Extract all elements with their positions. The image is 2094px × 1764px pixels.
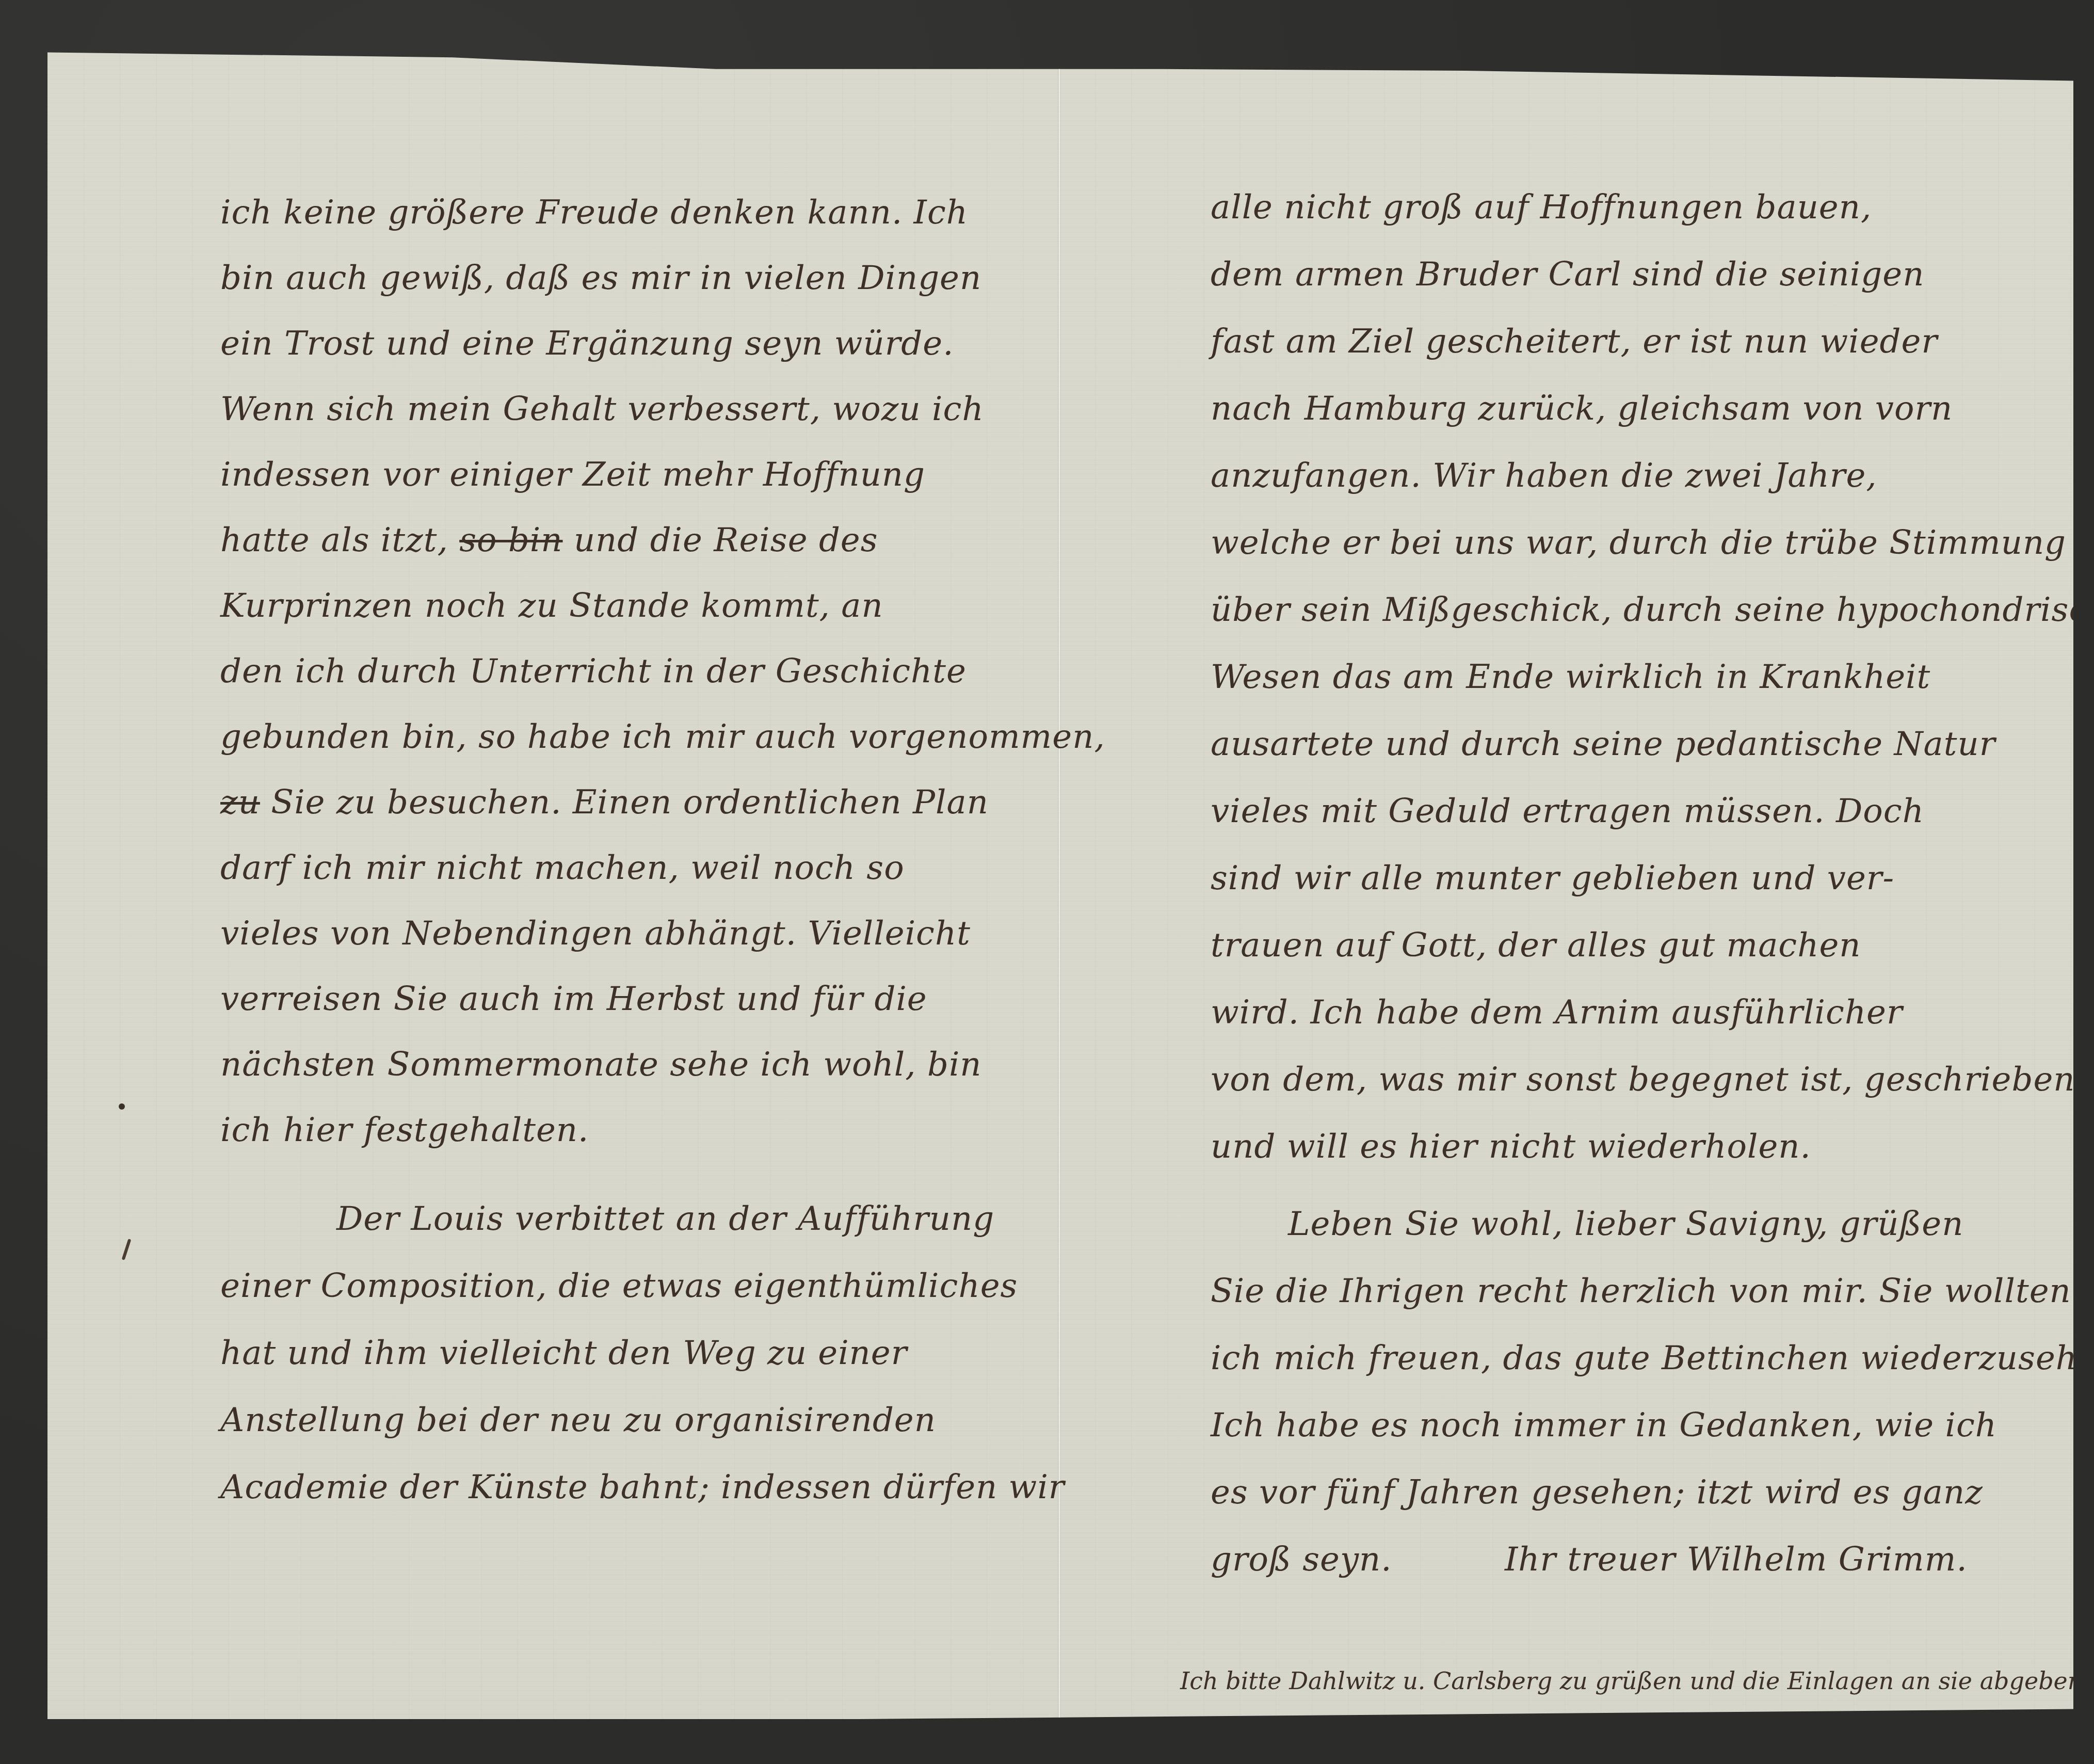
- signature: Ihr treuer Wilhelm Grimm.: [1505, 1541, 1968, 1579]
- text-line: nächsten Sommermonate sehe ich wohl, bin: [220, 1046, 982, 1084]
- text-line: groß seyn.: [1211, 1541, 1392, 1579]
- letter-sheet: ich keine größere Freude denken kann. Ic…: [47, 49, 2073, 1719]
- struck-word: zu: [220, 783, 260, 822]
- text-line: Academie der Künste bahnt; indessen dürf…: [220, 1468, 1065, 1506]
- text-line: bin auch gewiß, daß es mir in vielen Din…: [220, 259, 981, 297]
- text-line: alle nicht groß auf Hoffnungen bauen,: [1211, 188, 1872, 227]
- right-page: alle nicht groß auf Hoffnungen bauen, de…: [1061, 49, 2073, 1719]
- text-line: von dem, was mir sonst begegnet ist, ges…: [1211, 1061, 2075, 1099]
- text-line: Wenn sich mein Gehalt verbessert, wozu i…: [220, 390, 984, 428]
- text-line: gebunden bin, so habe ich mir auch vorge…: [220, 718, 1105, 756]
- text-line: vieles von Nebendingen abhängt. Vielleic…: [220, 915, 971, 953]
- text-line: Anstellung bei der neu zu organisirenden: [220, 1401, 936, 1439]
- text-line: ich hier festgehalten.: [220, 1111, 589, 1149]
- text-line: hat und ihm vielleicht den Weg zu einer: [220, 1334, 907, 1372]
- text-line: Sie die Ihrigen recht herzlich von mir. …: [1211, 1272, 2071, 1310]
- paragraph-start-line: Der Louis verbittet an der Aufführung: [336, 1200, 994, 1238]
- ink-mark: [122, 1239, 132, 1260]
- text-line: es vor fünf Jahren gesehen; itzt wird es…: [1211, 1473, 1983, 1512]
- text-line: ausartete und durch seine pedantische Na…: [1211, 725, 1995, 763]
- paragraph-start-line: Leben Sie wohl, lieber Savigny, grüßen: [1288, 1205, 1963, 1243]
- text-line: Kurprinzen noch zu Stande kommt, an: [220, 587, 883, 625]
- text-line: indessen vor einiger Zeit mehr Hoffnung: [220, 456, 925, 494]
- text-line: dem armen Bruder Carl sind die seinigen: [1211, 255, 1924, 294]
- text-line: vieles mit Geduld ertragen müssen. Doch: [1211, 792, 1924, 830]
- text-line: fast am Ziel gescheitert, er ist nun wie…: [1211, 323, 1938, 361]
- text-line: Wesen das am Ende wirklich in Krankheit: [1211, 658, 1930, 696]
- text-line: und will es hier nicht wiederholen.: [1211, 1128, 1811, 1166]
- text-line: darf ich mir nicht machen, weil noch so: [220, 849, 905, 887]
- text-line: welche er bei uns war, durch die trübe S…: [1211, 524, 2066, 562]
- left-page: ich keine größere Freude denken kann. Ic…: [47, 49, 1058, 1719]
- text-line: sind wir alle munter geblieben und ver-: [1211, 859, 1894, 897]
- text-fragment: Sie zu besuchen. Einen ordentlichen Plan: [271, 783, 989, 822]
- text-line: nach Hamburg zurück, gleichsam von vorn: [1211, 390, 1953, 428]
- text-line: trauen auf Gott, der alles gut machen: [1211, 926, 1861, 965]
- text-line: ich mich freuen, das gute Bettinchen wie…: [1211, 1339, 2094, 1377]
- text-fragment: und die Reise des: [563, 521, 878, 559]
- ink-dot: [119, 1103, 125, 1110]
- text-line: wird. Ich habe dem Arnim ausführlicher: [1211, 993, 1903, 1032]
- struck-word: so bin: [459, 521, 562, 559]
- text-line: anzufangen. Wir haben die zwei Jahre,: [1211, 457, 1877, 495]
- text-line: über sein Mißgeschick, durch seine hypoc…: [1211, 591, 2094, 629]
- text-line: einer Composition, die etwas eigenthümli…: [220, 1267, 1018, 1305]
- text-line: ein Trost und eine Ergänzung seyn würde.: [220, 325, 954, 363]
- text-line: ich keine größere Freude denken kann. Ic…: [220, 194, 968, 232]
- text-line: verreisen Sie auch im Herbst und für die: [220, 980, 927, 1018]
- text-fragment: hatte als itzt,: [220, 521, 448, 559]
- text-line-with-strikeout: zu Sie zu besuchen. Einen ordentlichen P…: [220, 783, 989, 822]
- text-line-with-strikeout: hatte als itzt, so bin und die Reise des: [220, 521, 878, 559]
- postscript-line: Ich bitte Dahlwitz u. Carlsberg zu grüße…: [1180, 1667, 2094, 1695]
- text-line: Ich habe es noch immer in Gedanken, wie …: [1211, 1406, 1997, 1445]
- text-line: den ich durch Unterricht in der Geschich…: [220, 652, 967, 691]
